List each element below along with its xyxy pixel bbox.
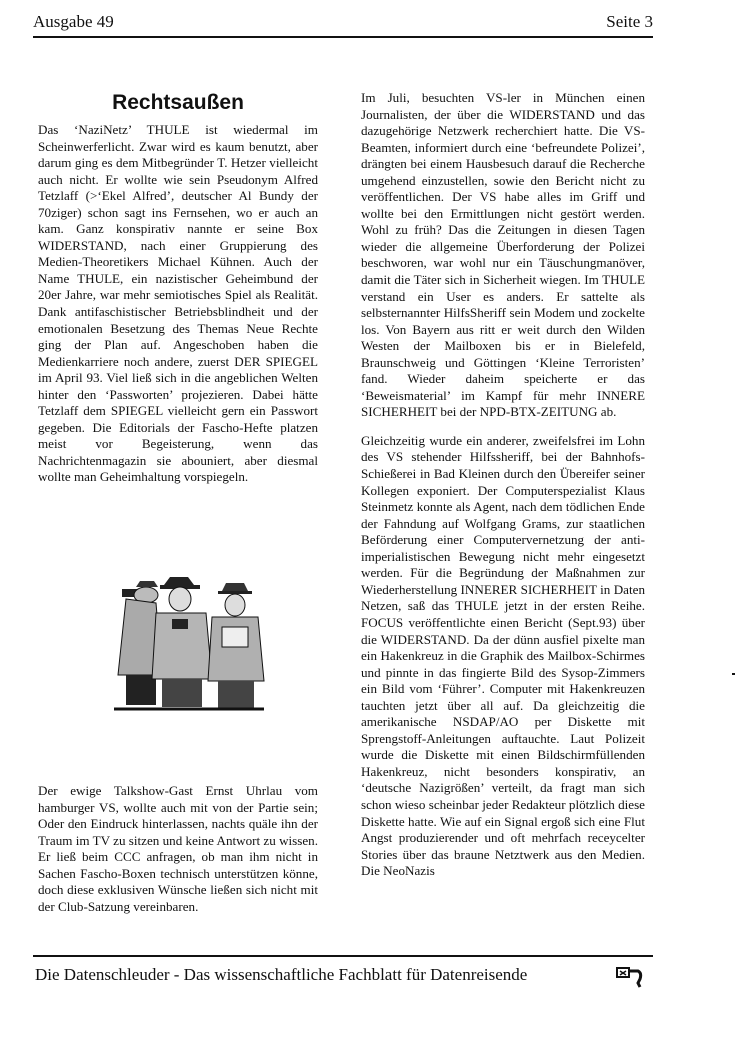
right-column: Im Juli, besuchten VS-ler in München ein… — [361, 90, 645, 880]
footer-tagline: Die Datenschleuder - Das wissenschaftlic… — [35, 965, 527, 985]
issue-number: Ausgabe 49 — [33, 12, 114, 32]
left-column-continued: Der ewige Talkshow-Gast Ernst Uhrlau vom… — [38, 783, 318, 915]
page-number: Seite 3 — [606, 12, 653, 32]
paragraph: Gleichzeitig wurde ein anderer, zweifels… — [361, 433, 645, 880]
page-footer: Die Datenschleuder - Das wissenschaftlic… — [33, 955, 653, 957]
paragraph: Das ‘NaziNetz’ THULE ist wiedermal im Sc… — [38, 122, 318, 486]
page-header: Ausgabe 49 Seite 3 — [33, 12, 653, 38]
scan-speck — [732, 673, 735, 675]
left-column: Das ‘NaziNetz’ THULE ist wiedermal im Sc… — [38, 122, 318, 486]
chaos-knot-logo-icon — [616, 965, 646, 989]
paragraph: Der ewige Talkshow-Gast Ernst Uhrlau vom… — [38, 783, 318, 915]
article-title: Rechtsaußen — [38, 91, 318, 115]
paragraph: Im Juli, besuchten VS-ler in München ein… — [361, 90, 645, 421]
cartoon-spies-icon — [108, 575, 268, 715]
spies-illustration — [108, 575, 268, 715]
